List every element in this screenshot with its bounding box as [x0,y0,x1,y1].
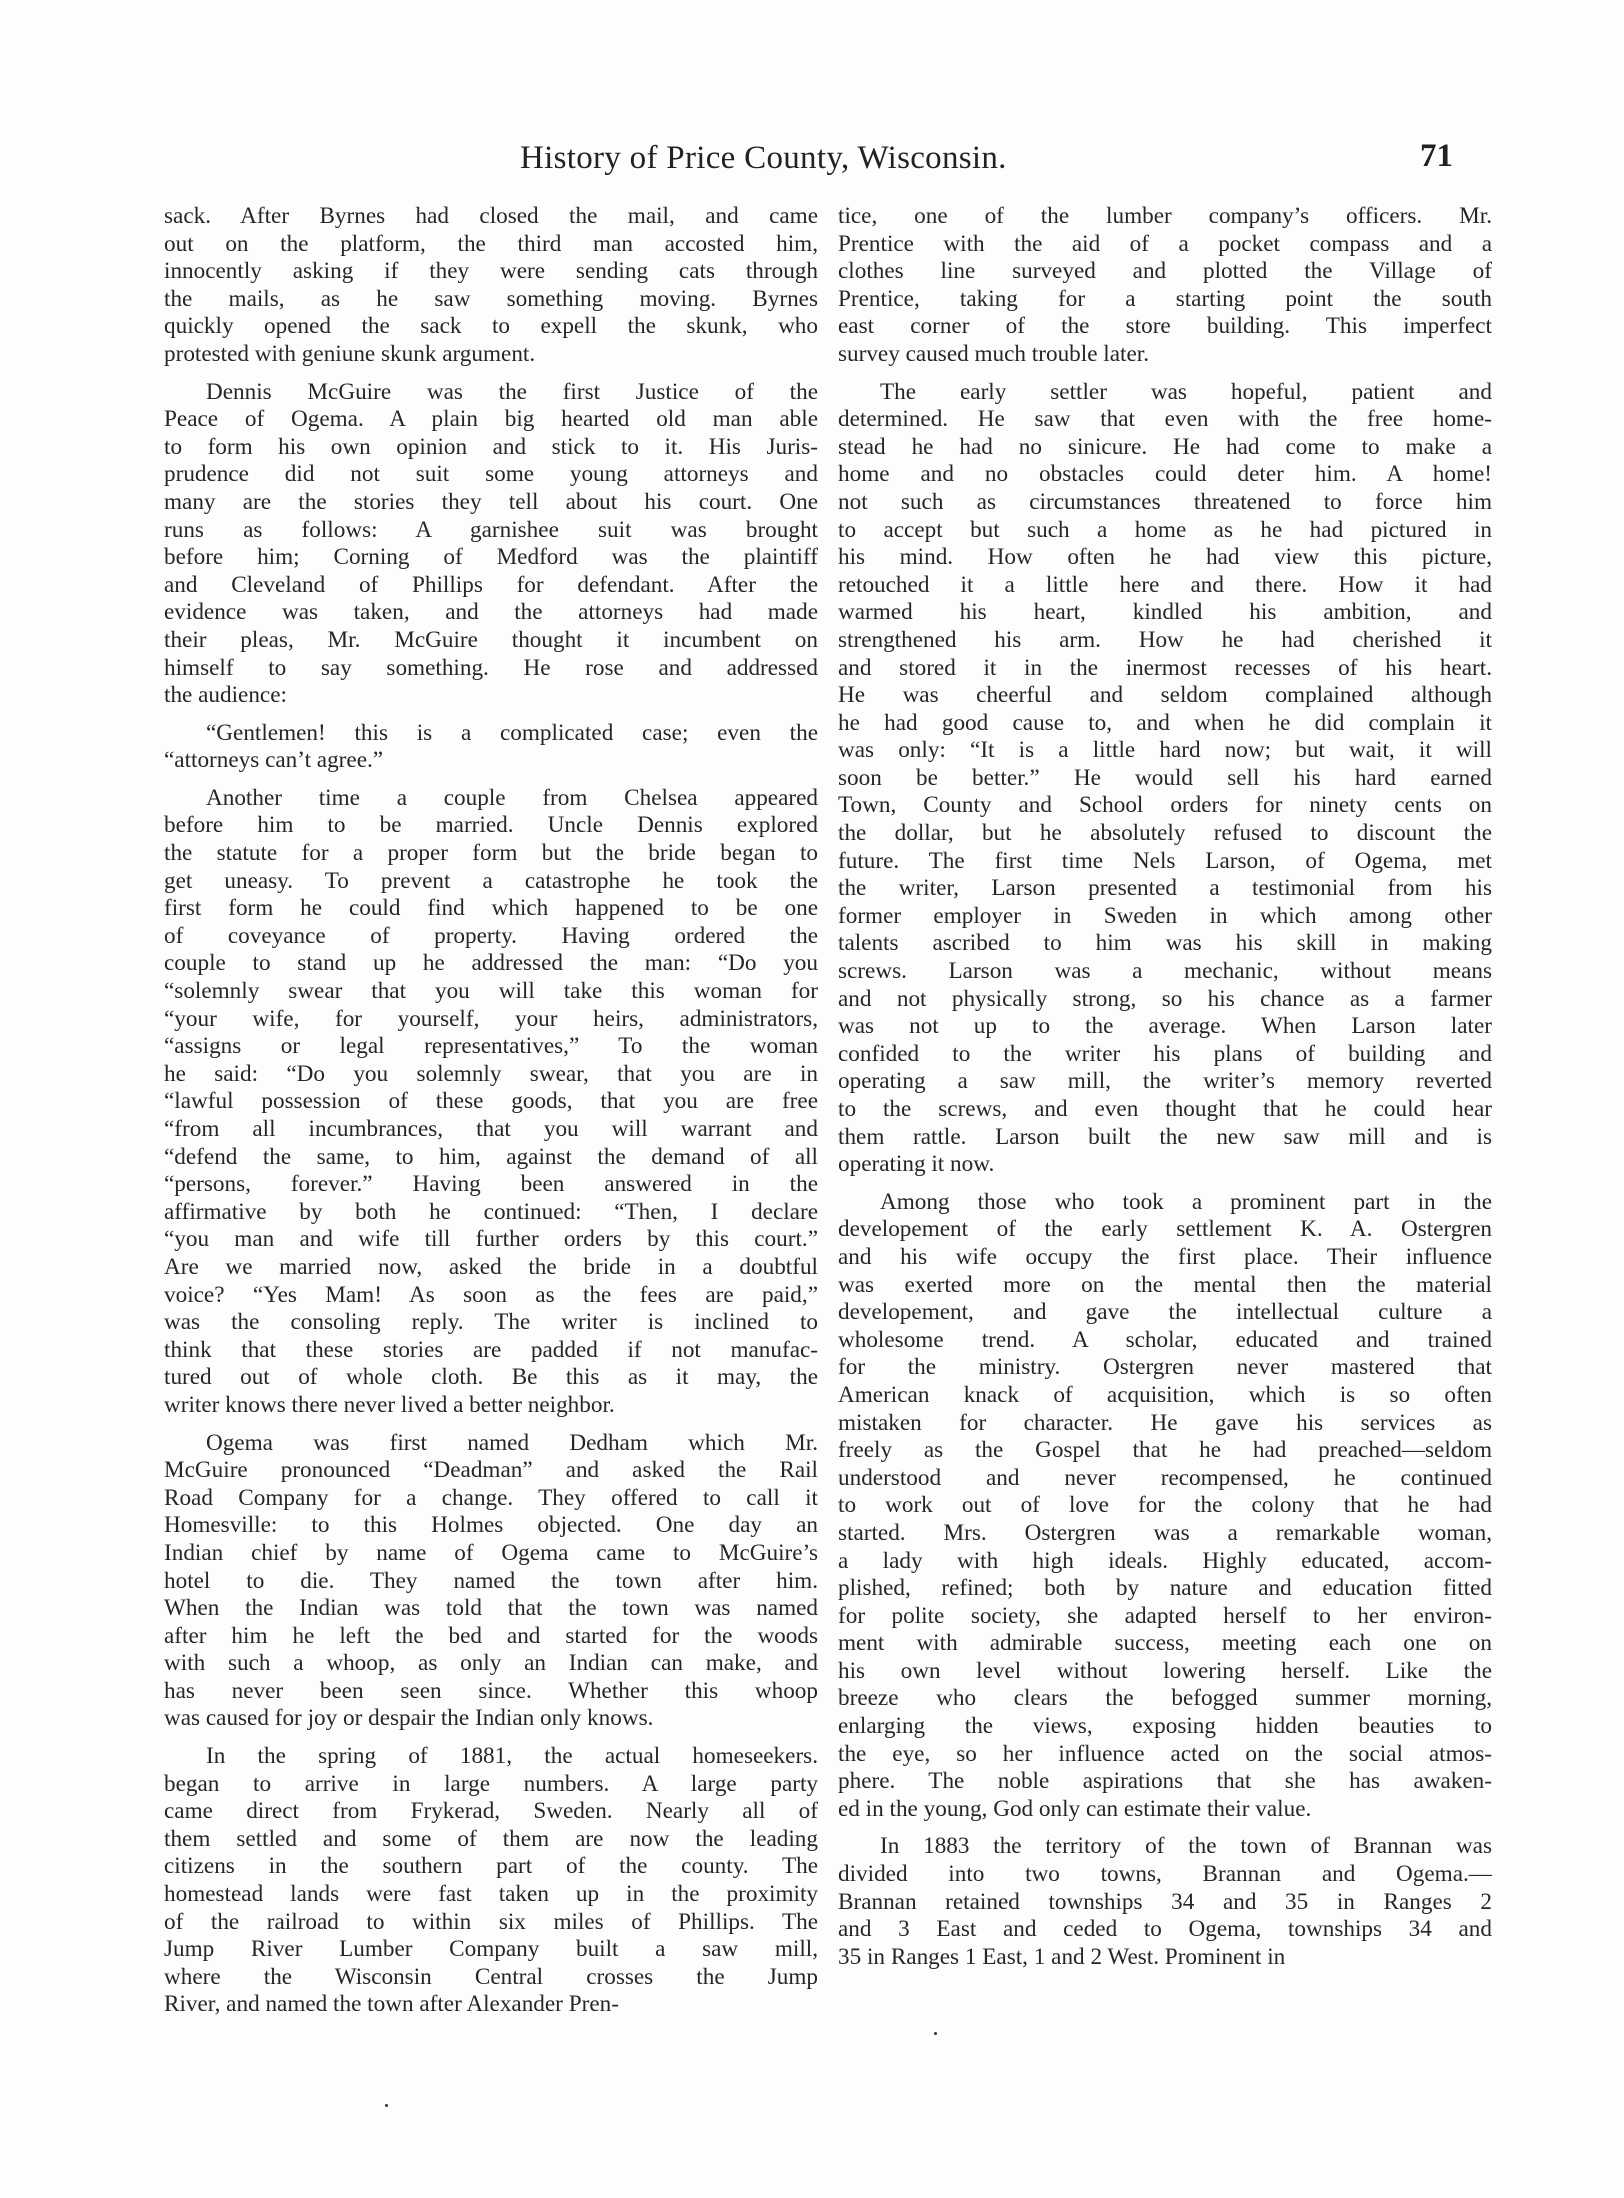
text-line: runs as follows: A garnishee suit was br… [164,517,818,545]
text-line: he had good cause to, and when he did co… [838,710,1492,738]
text-line: his own level without lowering herself. … [838,1658,1492,1686]
paragraph-spacer [838,369,1492,379]
text-line: quickly opened the sack to expell the sk… [164,313,818,341]
text-line: writer knows there never lived a better … [164,1392,818,1420]
text-line: American knack of acquisition, which is … [838,1382,1492,1410]
text-line: The early settler was hopeful, patient a… [838,379,1492,407]
text-line: In 1883 the territory of the town of Bra… [838,1833,1492,1861]
text-line: confided to the writer his plans of buil… [838,1041,1492,1069]
paragraph: Dennis McGuire was the first Justice of … [164,379,818,710]
text-line: homestead lands were fast taken up in th… [164,1881,818,1909]
text-line: River, and named the town after Alexande… [164,1991,818,2019]
text-line: to accept but such a home as he had pict… [838,517,1492,545]
text-line: his mind. How often he had view this pic… [838,544,1492,572]
text-line: think that these stories are padded if n… [164,1337,818,1365]
text-line: was only: “It is a little hard now; but … [838,737,1492,765]
text-line: with such a whoop, as only an Indian can… [164,1650,818,1678]
paragraph-spacer [164,369,818,379]
text-line: tured out of whole cloth. Be this as it … [164,1364,818,1392]
paragraph: The early settler was hopeful, patient a… [838,379,1492,1179]
text-line: “your wife, for yourself, your heirs, ad… [164,1006,818,1034]
text-line: plished, refined; both by nature and edu… [838,1575,1492,1603]
text-line: clothes line surveyed and plotted the Vi… [838,258,1492,286]
paragraph: sack. After Byrnes had closed the mail, … [164,203,818,369]
text-line: them rattle. Larson built the new saw mi… [838,1124,1492,1152]
text-line: screws. Larson was a mechanic, without m… [838,958,1492,986]
text-line: mistaken for character. He gave his serv… [838,1410,1492,1438]
text-line: home and no obstacles could deter him. A… [838,461,1492,489]
text-line: before him; Corning of Medford was the p… [164,544,818,572]
text-line: “you man and wife till further orders by… [164,1226,818,1254]
text-line: was not up to the average. When Larson l… [838,1013,1492,1041]
text-line: Prentice, taking for a starting point th… [838,286,1492,314]
text-line: Are we married now, asked the bride in a… [164,1254,818,1282]
text-line: talents ascribed to him was his skill in… [838,930,1492,958]
paragraph-spacer [838,1823,1492,1833]
page-number: 71 [1420,138,1453,175]
text-line: the statute for a proper form but the br… [164,840,818,868]
text-line: of the railroad to within six miles of P… [164,1909,818,1937]
text-line: tice, one of the lumber company’s office… [838,203,1492,231]
text-line: Among those who took a prominent part in… [838,1189,1492,1217]
text-line: after him he left the bed and started fo… [164,1623,818,1651]
paragraph-spacer [164,1733,818,1743]
text-line: east corner of the store building. This … [838,313,1492,341]
text-line: came direct from Frykerad, Sweden. Nearl… [164,1798,818,1826]
text-line: Road Company for a change. They offered … [164,1485,818,1513]
text-line: Indian chief by name of Ogema came to Mc… [164,1540,818,1568]
text-line: voice? “Yes Mam! As soon as the fees are… [164,1282,818,1310]
text-line: developement of the early settlement K. … [838,1216,1492,1244]
text-line: to work out of love for the colony that … [838,1492,1492,1520]
text-line: Jump River Lumber Company built a saw mi… [164,1936,818,1964]
text-line: Dennis McGuire was the first Justice of … [164,379,818,407]
paragraph-spacer [164,710,818,720]
text-line: McGuire pronounced “Deadman” and asked t… [164,1457,818,1485]
text-line: citizens in the southern part of the cou… [164,1853,818,1881]
text-line: and Cleveland of Phillips for defendant.… [164,572,818,600]
text-line: and stored it in the inermost recesses o… [838,655,1492,683]
text-line: 35 in Ranges 1 East, 1 and 2 West. Promi… [838,1944,1492,1972]
text-line: former employer in Sweden in which among… [838,903,1492,931]
text-line: to the screws, and even thought that he … [838,1096,1492,1124]
text-line: and not physically strong, so his chance… [838,986,1492,1014]
text-line: He was cheerful and seldom complained al… [838,682,1492,710]
paragraph-spacer [838,1179,1492,1189]
right-text-column: tice, one of the lumber company’s office… [838,203,1492,1971]
text-line: freely as the Gospel that he had preache… [838,1437,1492,1465]
text-line: was the consoling reply. The writer is i… [164,1309,818,1337]
text-line: breeze who clears the befogged summer mo… [838,1685,1492,1713]
text-line: the eye, so her influence acted on the s… [838,1741,1492,1769]
text-line: many are the stories they tell about his… [164,489,818,517]
text-line: “Gentlemen! this is a complicated case; … [164,720,818,748]
text-line: affirmative by both he continued: “Then,… [164,1199,818,1227]
text-line: divided into two towns, Brannan and Ogem… [838,1861,1492,1889]
text-line: the audience: [164,682,818,710]
text-line: out on the platform, the third man accos… [164,231,818,259]
text-line: stead he had no sinicure. He had come to… [838,434,1492,462]
text-line: innocently asking if they were sending c… [164,258,818,286]
text-line: the writer, Larson presented a testimoni… [838,875,1492,903]
text-line: soon be better.” He would sell his hard … [838,765,1492,793]
text-line: not such as circumstances threatened to … [838,489,1492,517]
text-line: first form he could find which happened … [164,895,818,923]
text-line: the dollar, but he absolutely refused to… [838,820,1492,848]
text-line: operating a saw mill, the writer’s memor… [838,1068,1492,1096]
text-line: Brannan retained townships 34 and 35 in … [838,1889,1492,1917]
text-line: “lawful possession of these goods, that … [164,1088,818,1116]
paragraph: In 1883 the territory of the town of Bra… [838,1833,1492,1971]
paragraph: tice, one of the lumber company’s office… [838,203,1492,369]
paragraph: Another time a couple from Chelsea appea… [164,785,818,1420]
text-line: for the ministry. Ostergren never master… [838,1354,1492,1382]
text-line: them settled and some of them are now th… [164,1826,818,1854]
text-line: began to arrive in large numbers. A larg… [164,1771,818,1799]
text-line: and 3 East and ceded to Ogema, townships… [838,1916,1492,1944]
text-line: In the spring of 1881, the actual homese… [164,1743,818,1771]
text-line: the mails, as he saw something moving. B… [164,286,818,314]
text-line: determined. He saw that even with the fr… [838,406,1492,434]
text-line: before him to be married. Uncle Dennis e… [164,812,818,840]
paragraph-spacer [164,1420,818,1430]
text-line: Town, County and School orders for ninet… [838,792,1492,820]
text-line: where the Wisconsin Central crosses the … [164,1964,818,1992]
text-line: couple to stand up he addressed the man:… [164,950,818,978]
running-header: History of Price County, Wisconsin. 71 [0,140,1624,190]
text-line: survey caused much trouble later. [838,341,1492,369]
text-line: Ogema was first named Dedham which Mr. [164,1430,818,1458]
text-line: enlarging the views, exposing hidden bea… [838,1713,1492,1741]
paragraph-spacer [164,775,818,785]
text-line: “defend the same, to him, against the de… [164,1144,818,1172]
text-line: “attorneys can’t agree.” [164,747,818,775]
text-line: future. The first time Nels Larson, of O… [838,848,1492,876]
text-line: When the Indian was told that the town w… [164,1595,818,1623]
text-line: warmed his heart, kindled his ambition, … [838,599,1492,627]
text-line: ed in the young, God only can estimate t… [838,1796,1492,1824]
text-line: for polite society, she adapted herself … [838,1603,1492,1631]
text-line: of coveyance of property. Having ordered… [164,923,818,951]
scan-speck [934,2032,937,2035]
book-title: History of Price County, Wisconsin. [520,140,1007,177]
text-line: Homesville: to this Holmes objected. One… [164,1512,818,1540]
text-line: and his wife occupy the first place. The… [838,1244,1492,1272]
text-line: ment with admirable success, meeting eac… [838,1630,1492,1658]
text-line: understood and never recompensed, he con… [838,1465,1492,1493]
text-line: a lady with high ideals. Highly educated… [838,1548,1492,1576]
text-line: strengthened his arm. How he had cherish… [838,627,1492,655]
text-line: protested with geniune skunk argument. [164,341,818,369]
text-line: he said: “Do you solemnly swear, that yo… [164,1061,818,1089]
text-line: was caused for joy or despair the Indian… [164,1705,818,1733]
text-line: “from all incumbrances, that you will wa… [164,1116,818,1144]
paragraph: Ogema was first named Dedham which Mr.Mc… [164,1430,818,1734]
text-line: developement, and gave the intellectual … [838,1299,1492,1327]
text-line: “persons, forever.” Having been answered… [164,1171,818,1199]
text-line: prudence did not suit some young attorne… [164,461,818,489]
text-line: himself to say something. He rose and ad… [164,655,818,683]
text-line: Prentice with the aid of a pocket compas… [838,231,1492,259]
text-line: get uneasy. To prevent a catastrophe he … [164,868,818,896]
text-line: hotel to die. They named the town after … [164,1568,818,1596]
text-line: Peace of Ogema. A plain big hearted old … [164,406,818,434]
text-line: to form his own opinion and stick to it.… [164,434,818,462]
left-text-column: sack. After Byrnes had closed the mail, … [164,203,818,2019]
paragraph: Among those who took a prominent part in… [838,1189,1492,1824]
text-line: evidence was taken, and the attorneys ha… [164,599,818,627]
text-line: operating it now. [838,1151,1492,1179]
scan-speck [385,2104,388,2107]
paragraph: In the spring of 1881, the actual homese… [164,1743,818,2019]
text-line: wholesome trend. A scholar, educated and… [838,1327,1492,1355]
text-line: phere. The noble aspirations that she ha… [838,1768,1492,1796]
text-line: retouched it a little here and there. Ho… [838,572,1492,600]
text-line: “assigns or legal representatives,” To t… [164,1033,818,1061]
text-line: Another time a couple from Chelsea appea… [164,785,818,813]
text-line: their pleas, Mr. McGuire thought it incu… [164,627,818,655]
scanned-book-page: History of Price County, Wisconsin. 71 s… [0,0,1624,2198]
text-line: was exerted more on the mental then the … [838,1272,1492,1300]
text-line: sack. After Byrnes had closed the mail, … [164,203,818,231]
text-line: “solemnly swear that you will take this … [164,978,818,1006]
paragraph: “Gentlemen! this is a complicated case; … [164,720,818,775]
text-line: started. Mrs. Ostergren was a remarkable… [838,1520,1492,1548]
text-line: has never been seen since. Whether this … [164,1678,818,1706]
